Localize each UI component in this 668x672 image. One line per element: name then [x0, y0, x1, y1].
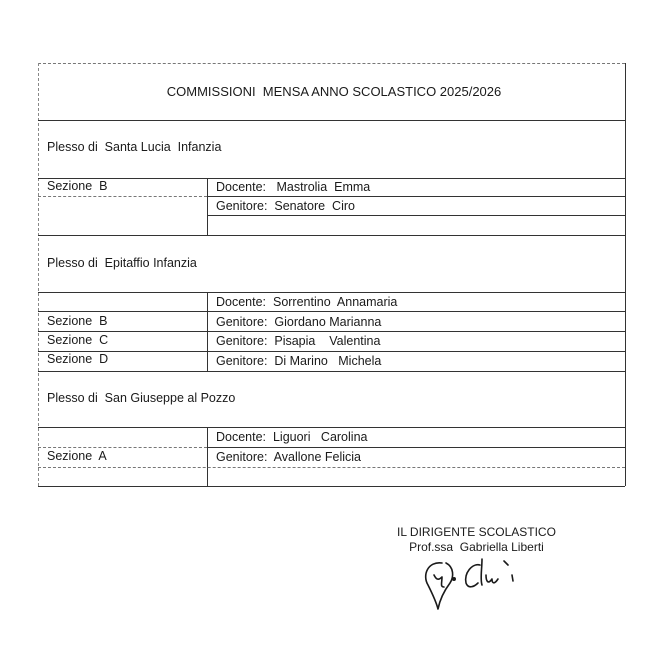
document-title: COMMISSIONI MENSA ANNO SCOLASTICO 2025/2… — [0, 84, 668, 99]
row-divider — [38, 331, 625, 332]
row-divider — [38, 292, 625, 293]
column-divider — [207, 427, 208, 486]
member-cell: Genitore: Di Marino Michela — [216, 354, 381, 369]
sezione-cell: Sezione C — [47, 333, 108, 348]
signature-block: IL DIRIGENTE SCOLASTICO Prof.ssa Gabriel… — [397, 525, 556, 555]
row-divider — [207, 447, 625, 448]
table-bottom-border — [38, 486, 625, 487]
row-divider — [38, 467, 625, 468]
table-top-border — [38, 63, 625, 64]
handwritten-signature-icon — [420, 553, 540, 613]
table-right-border — [625, 63, 626, 486]
sezione-cell: Sezione A — [47, 449, 107, 464]
sezione-cell: Sezione B — [47, 314, 107, 329]
plesso-heading-san-giuseppe: Plesso di San Giuseppe al Pozzo — [47, 391, 235, 406]
plesso-heading-santa-lucia: Plesso di Santa Lucia Infanzia — [47, 140, 221, 155]
row-divider — [38, 196, 207, 197]
row-divider — [38, 447, 207, 448]
plesso-heading-epitaffio: Plesso di Epitaffio Infanzia — [47, 256, 197, 271]
sezione-cell: Sezione B — [47, 179, 107, 194]
member-cell: Genitore: Pisapia Valentina — [216, 334, 380, 349]
table-left-border — [38, 63, 39, 486]
title-divider — [38, 120, 625, 121]
row-divider — [207, 196, 625, 197]
row-divider — [38, 178, 625, 179]
row-divider — [38, 351, 625, 352]
section-divider — [38, 371, 625, 372]
member-cell: Genitore: Senatore Ciro — [216, 199, 355, 214]
column-divider — [207, 178, 208, 235]
document-page: COMMISSIONI MENSA ANNO SCOLASTICO 2025/2… — [0, 0, 668, 672]
signature-role: IL DIRIGENTE SCOLASTICO — [397, 525, 556, 540]
member-cell: Docente: Mastrolia Emma — [216, 180, 370, 195]
row-divider — [207, 215, 625, 216]
row-divider — [38, 311, 625, 312]
row-divider — [38, 427, 625, 428]
member-cell: Genitore: Avallone Felicia — [216, 450, 361, 465]
member-cell: Docente: Sorrentino Annamaria — [216, 295, 397, 310]
member-cell: Genitore: Giordano Marianna — [216, 315, 381, 330]
member-cell: Docente: Liguori Carolina — [216, 430, 367, 445]
sezione-cell: Sezione D — [47, 352, 108, 367]
section-divider — [38, 235, 625, 236]
